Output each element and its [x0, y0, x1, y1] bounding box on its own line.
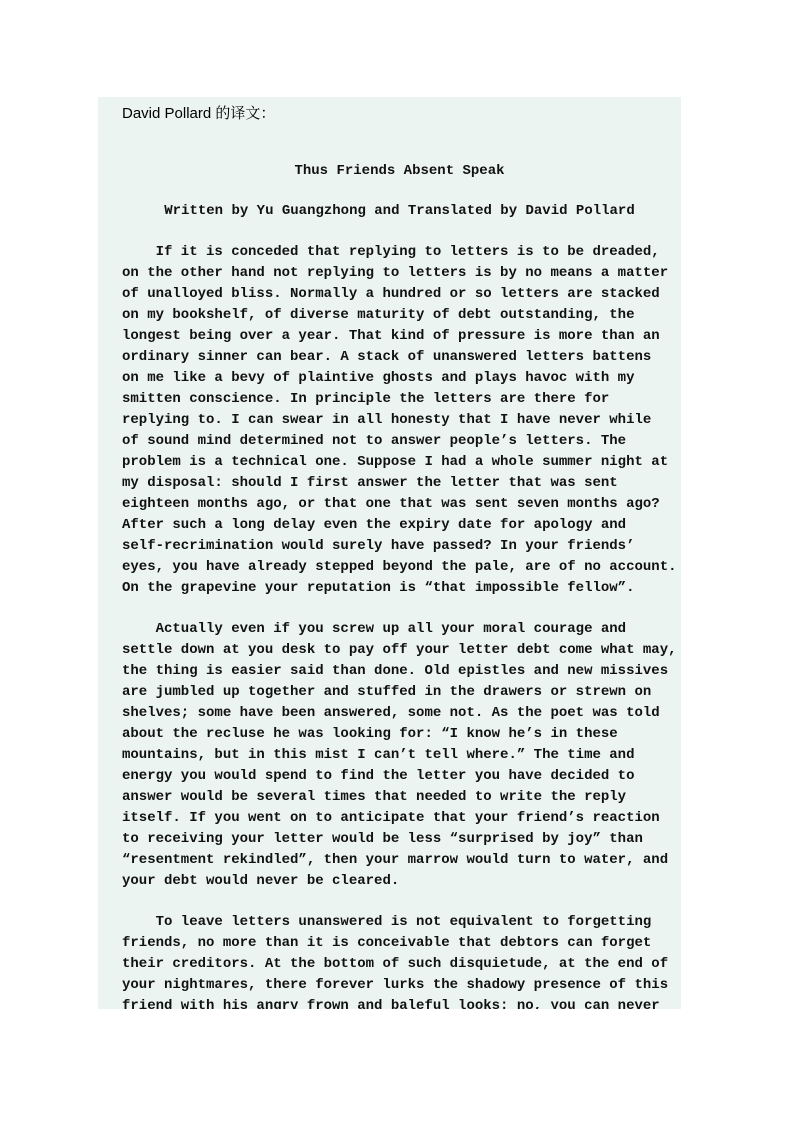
document-byline: Written by Yu Guangzhong and Translated …	[122, 201, 677, 222]
paragraph-3: To leave letters unanswered is not equiv…	[122, 912, 677, 1009]
document-title: Thus Friends Absent Speak	[122, 161, 677, 182]
translator-note: David Pollard 的译文：	[122, 105, 677, 123]
paragraph-2: Actually even if you screw up all your m…	[122, 619, 677, 892]
paragraph-1: If it is conceded that replying to lette…	[122, 242, 677, 599]
document-content-panel: David Pollard 的译文： Thus Friends Absent S…	[98, 97, 681, 1009]
page: { "page": { "background": "#ffffff", "pa…	[0, 0, 800, 1132]
